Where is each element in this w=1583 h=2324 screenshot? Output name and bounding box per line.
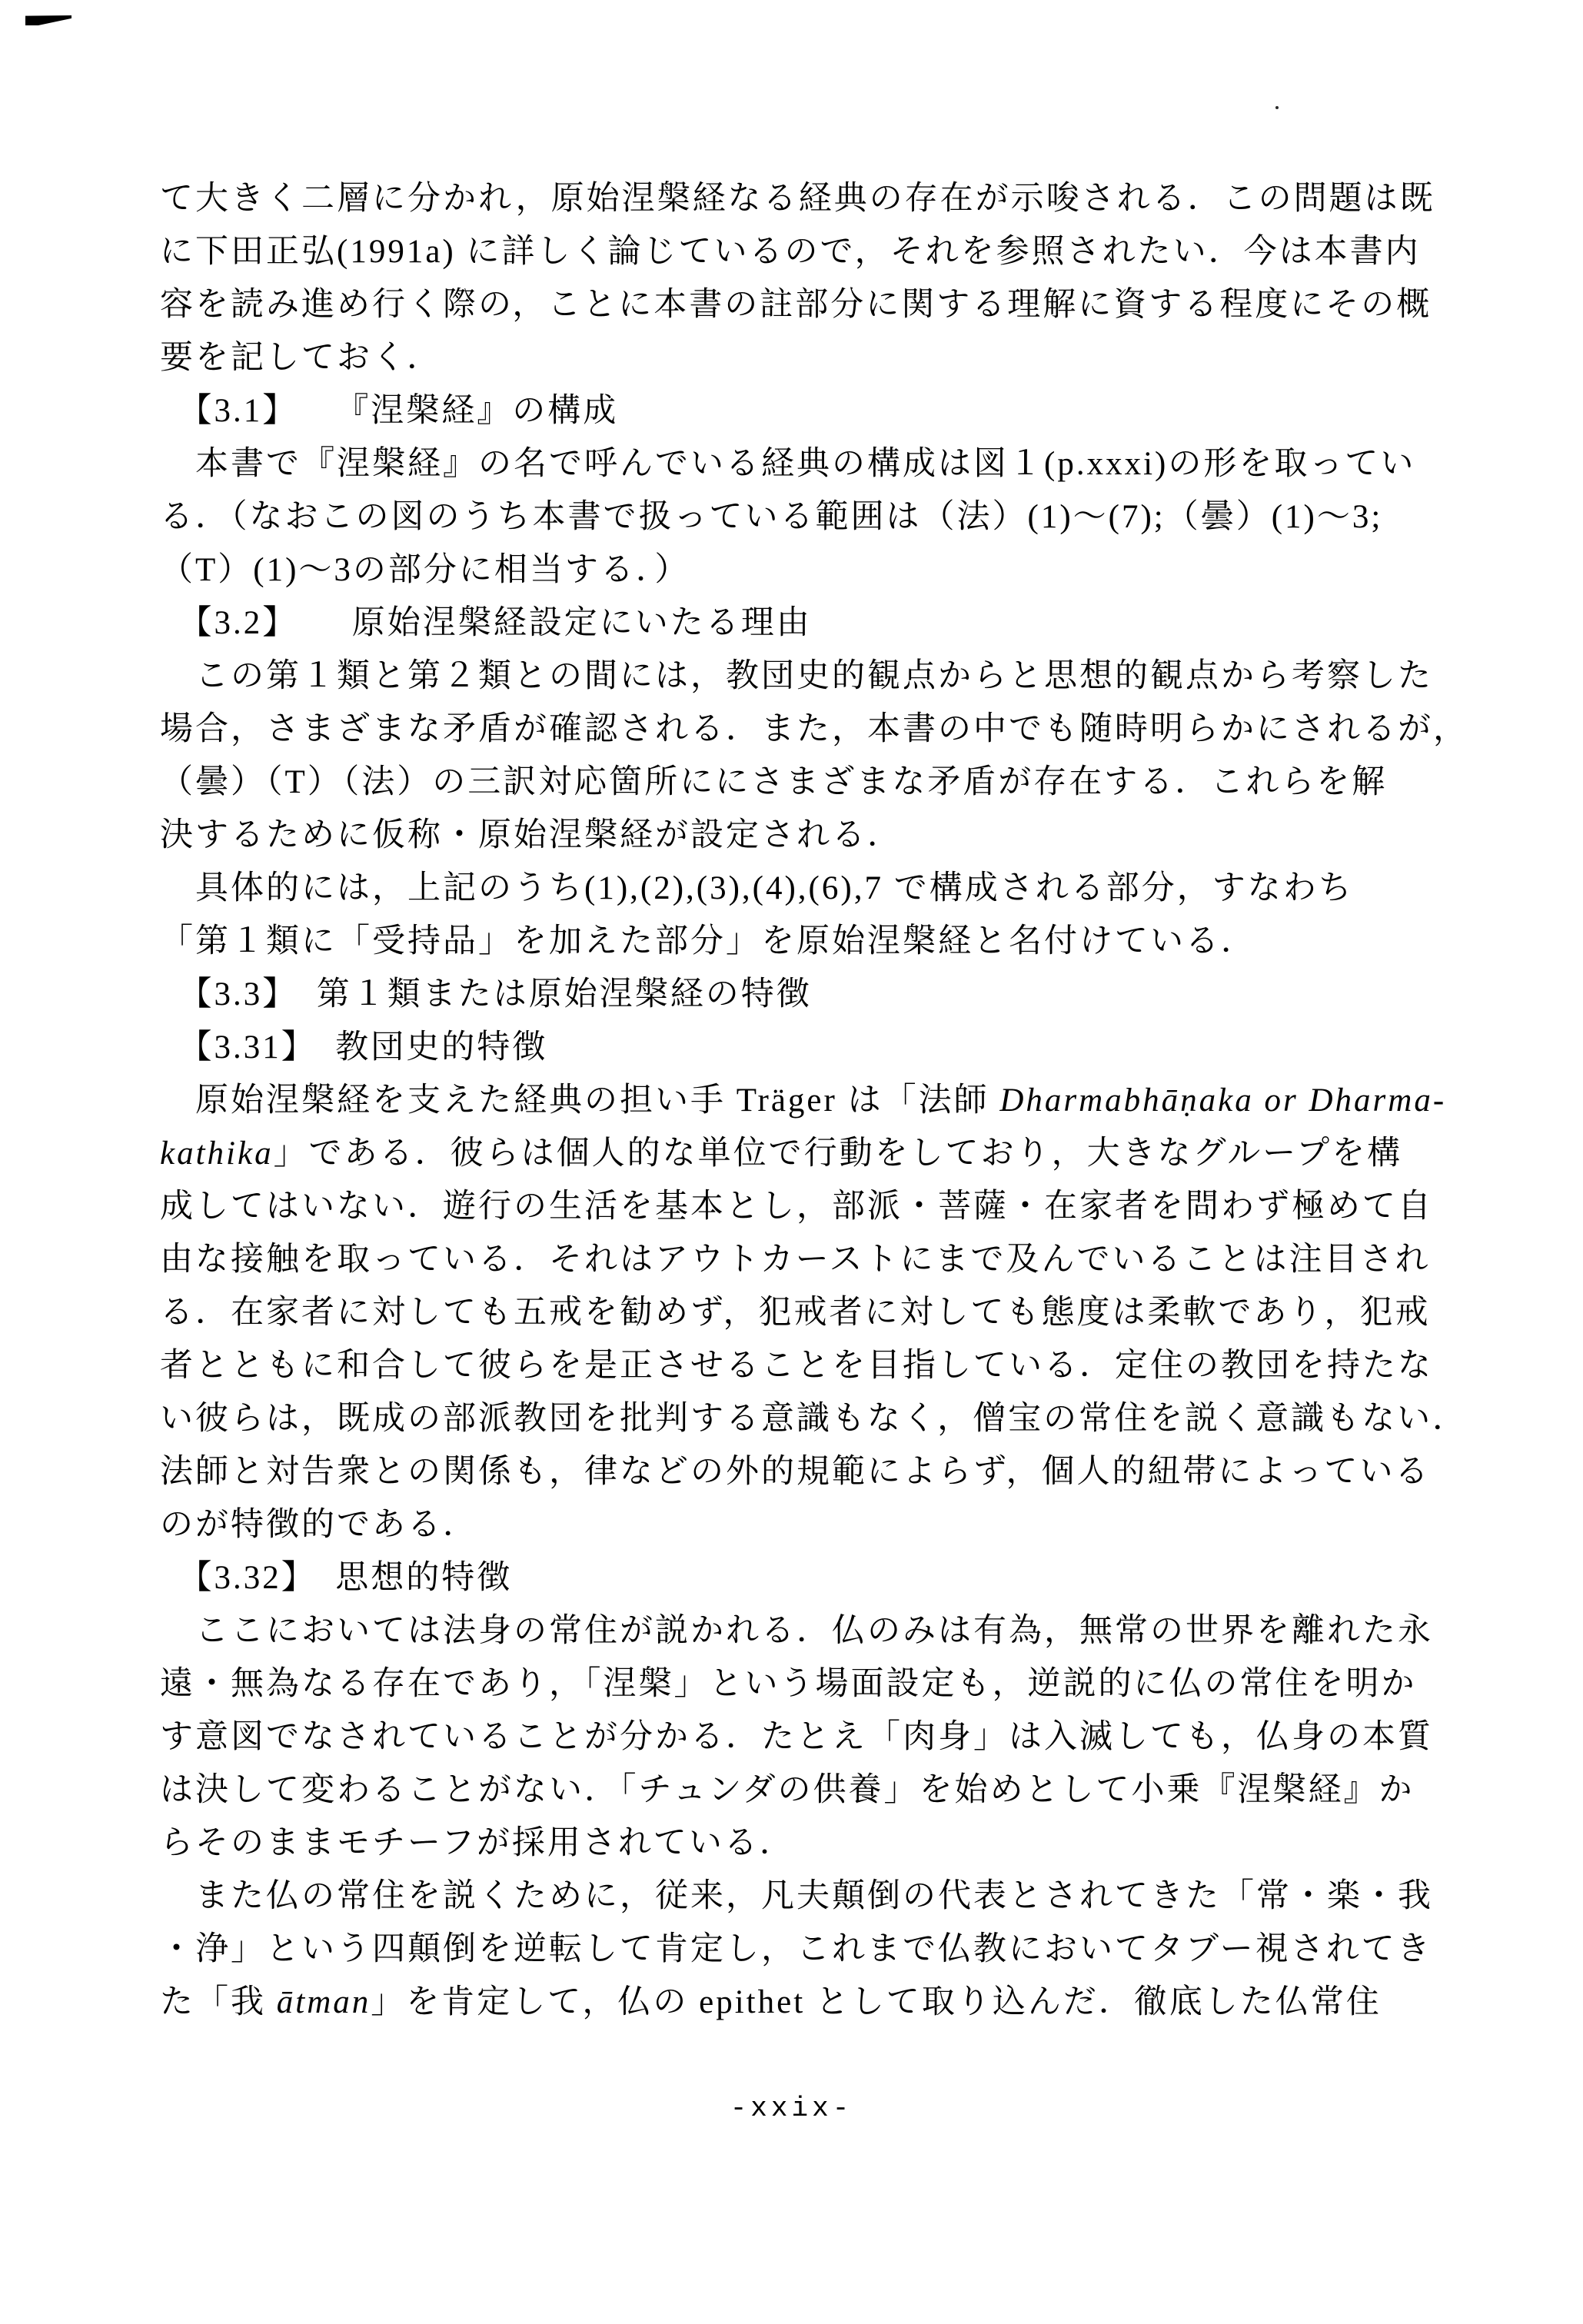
text-line: 【3.32】 思想的特徴 [160,1551,1475,1604]
text-line: 本書で『涅槃経』の名で呼んでいる経典の構成は図１(p.xxxi)の形を取ってい [160,437,1475,490]
text-segment: 成してはいない．遊行の生活を基本とし，部派・菩薩・在家者を問わず極めて自 [160,1189,1433,1225]
text-line: のが特徴的である． [160,1498,1475,1551]
text-line: 【3.1】 『涅槃経』の構成 [160,384,1475,437]
text-segment: 【3.32】 思想的特徴 [160,1560,512,1596]
text-line: す意図でなされていることが分かる．たとえ「肉身」は入滅しても，仏身の本質 [160,1711,1475,1764]
body-text: て大きく二層に分かれ，原始涅槃経なる経典の存在が示唆される．この問題は既に下田正… [160,172,1475,2029]
text-line: らそのままモチーフが採用されている． [160,1817,1475,1870]
scan-artifact-mark [25,15,72,25]
text-line: この第１類と第２類との間には，教団史的観点からと思想的観点から考察した [160,650,1475,703]
text-line: 容を読み進め行く際の，ことに本書の註部分に関する理解に資する程度にその概 [160,278,1475,331]
text-segment: 者とともに和合して彼らを是正させることを目指している．定住の教団を持たな [160,1348,1433,1384]
text-line: に下田正弘(1991a) に詳しく論じているので，それを参照されたい．今は本書内 [160,225,1475,278]
text-line: は決して変わることがない．「チュンダの供養」を始めとして小乗『涅槃経』か [160,1764,1475,1817]
text-line: 【3.3】 第１類または原始涅槃経の特徴 [160,968,1475,1021]
text-segment: 容を読み進め行く際の，ことに本書の註部分に関する理解に資する程度にその概 [160,287,1432,323]
scan-artifact-dot [1275,106,1279,109]
text-line: ここにおいては法身の常住が説かれる．仏のみは有為，無常の世界を離れた永 [160,1604,1475,1657]
text-line: 者とともに和合して彼らを是正させることを目指している．定住の教団を持たな [160,1339,1475,1392]
text-line: 原始涅槃経を支えた経典の担い手 Träger は「法師 Dharmabhāṇak… [160,1074,1475,1127]
text-line: （曇）（T）（法）の三訳対応箇所ににさまざまな矛盾が存在する．これらを解 [160,756,1475,809]
text-line: い彼らは，既成の部派教団を批判する意識もなく，僧宝の常住を説く意識もない． [160,1392,1475,1445]
text-segment: 具体的には，上記のうち(1),(2),(3),(4),(6),7 で構成される部… [160,870,1354,906]
text-segment: て大きく二層に分かれ，原始涅槃経なる経典の存在が示唆される．この問題は既 [160,181,1435,217]
text-segment: 場合，さまざまな矛盾が確認される．また，本書の中でも随時明らかにされるが， [160,711,1468,747]
text-segment: 【3.1】 『涅槃経』の構成 [160,393,618,429]
text-line: kathika」である．彼らは個人的な単位で行動をしており，大きなグループを構 [160,1127,1475,1180]
text-segment: （T）(1)～3の部分に相当する．） [160,552,690,588]
text-segment: 本書で『涅槃経』の名で呼んでいる経典の構成は図１(p.xxxi)の形を取ってい [160,446,1415,482]
page-number: -xxix- [0,2093,1583,2124]
text-segment: す意図でなされていることが分かる．たとえ「肉身」は入滅しても，仏身の本質 [160,1719,1433,1755]
text-segment: る．在家者に対しても五戒を勧めず，犯戒者に対しても態度は柔軟であり，犯戒 [160,1295,1431,1331]
text-segment: 要を記しておく． [160,340,442,376]
text-segment: 法師と対告衆との関係も，律などの外的規範によらず，個人的紐帯によっている [160,1454,1431,1490]
text-segment: 」である．彼らは個人的な単位で行動をしており，大きなグループを構 [274,1135,1403,1172]
text-segment-italic: ātman [277,1984,371,2020]
text-line: て大きく二層に分かれ，原始涅槃経なる経典の存在が示唆される．この問題は既 [160,172,1475,225]
text-segment: のが特徴的である． [160,1507,478,1543]
text-line: た「我 ātman」を肯定して，仏の epithet として取り込んだ．徹底した… [160,1976,1475,2029]
text-segment: 【3.3】 第１類または原始涅槃経の特徴 [160,976,812,1012]
text-segment: い彼らは，既成の部派教団を批判する意識もなく，僧宝の常住を説く意識もない． [160,1401,1468,1437]
text-segment: （曇）（T）（法）の三訳対応箇所ににさまざまな矛盾が存在する．これらを解 [160,764,1387,800]
text-line: る．在家者に対しても五戒を勧めず，犯戒者に対しても態度は柔軟であり，犯戒 [160,1286,1475,1339]
text-line: 決するために仮称・原始涅槃経が設定される． [160,809,1475,862]
text-segment-italic: kathika [160,1135,274,1172]
text-line: る．（なおこの図のうち本書で扱っている範囲は（法）(1)～(7);（曇）(1)～… [160,490,1475,544]
text-line: 法師と対告衆との関係も，律などの外的規範によらず，個人的紐帯によっている [160,1445,1475,1498]
text-segment: 由な接触を取っている．それはアウトカーストにまで及んでいることは注目され [160,1242,1431,1278]
text-line: ・浄」という四顛倒を逆転して肯定し，これまで仏教においてタブー視されてき [160,1923,1475,1976]
text-line: 「第１類に「受持品」を加えた部分」を原始涅槃経と名付けている． [160,915,1475,968]
text-line: （T）(1)～3の部分に相当する．） [160,544,1475,597]
text-line: 場合，さまざまな矛盾が確認される．また，本書の中でも随時明らかにされるが， [160,703,1475,756]
text-segment: ここにおいては法身の常住が説かれる．仏のみは有為，無常の世界を離れた永 [160,1613,1433,1649]
text-segment: 決するために仮称・原始涅槃経が設定される． [160,817,903,853]
text-line: 【3.2】 原始涅槃経設定にいたる理由 [160,597,1475,650]
text-segment: 遠・無為なる存在であり，「涅槃」という場面設定も，逆説的に仏の常住を明か [160,1666,1417,1702]
text-line: 成してはいない．遊行の生活を基本とし，部派・菩薩・在家者を問わず極めて自 [160,1180,1475,1233]
document-page: て大きく二層に分かれ，原始涅槃経なる経典の存在が示唆される．この問題は既に下田正… [0,0,1583,2324]
text-line: 【3.31】 教団史的特徴 [160,1021,1475,1074]
text-segment: に下田正弘(1991a) に詳しく論じているので，それを参照されたい．今は本書内 [160,234,1421,270]
text-segment: 「第１類に「受持品」を加えた部分」を原始涅槃経と名付けている． [160,923,1256,959]
text-segment: 」を肯定して，仏の epithet として取り込んだ．徹底した仏常住 [371,1984,1382,2020]
text-line: 遠・無為なる存在であり，「涅槃」という場面設定も，逆説的に仏の常住を明か [160,1657,1475,1711]
text-segment: 【3.2】 原始涅槃経設定にいたる理由 [160,605,812,641]
text-segment: らそのままモチーフが採用されている． [160,1825,795,1861]
text-line: 具体的には，上記のうち(1),(2),(3),(4),(6),7 で構成される部… [160,862,1475,915]
text-line: また仏の常住を説くために，従来，凡夫顛倒の代表とされてきた「常・楽・我 [160,1870,1475,1923]
text-segment: ・浄」という四顛倒を逆転して肯定し，これまで仏教においてタブー視されてき [160,1931,1432,1967]
text-segment: 原始涅槃経を支えた経典の担い手 Träger は「法師 [160,1082,999,1119]
text-line: 由な接触を取っている．それはアウトカーストにまで及んでいることは注目され [160,1233,1475,1286]
text-segment: また仏の常住を説くために，従来，凡夫顛倒の代表とされてきた「常・楽・我 [160,1878,1433,1914]
text-segment-italic: Dharmabhāṇaka or Dharma- [999,1082,1446,1119]
text-segment: た「我 [160,1984,277,2020]
text-segment: る．（なおこの図のうち本書で扱っている範囲は（法）(1)～(7);（曇）(1)～… [160,499,1382,535]
text-segment: この第１類と第２類との間には，教団史的観点からと思想的観点から考察した [160,658,1433,694]
text-line: 要を記しておく． [160,331,1475,384]
text-segment: は決して変わることがない．「チュンダの供養」を始めとして小乗『涅槃経』か [160,1772,1415,1808]
text-segment: 【3.31】 教団史的特徴 [160,1029,547,1066]
